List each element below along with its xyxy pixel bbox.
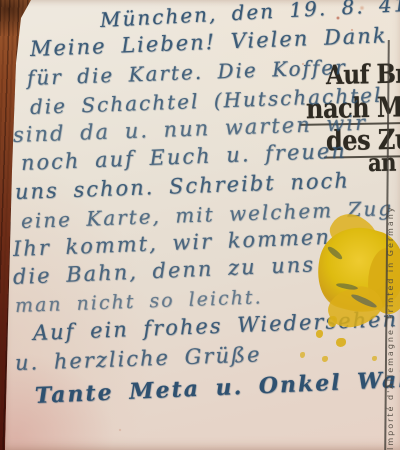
edge-imprint-text: Importé d'Allemagne. Printed in Germany xyxy=(386,98,399,450)
postcard-photo: Auf Brie nach Mün des Zust an München, d… xyxy=(0,0,400,450)
